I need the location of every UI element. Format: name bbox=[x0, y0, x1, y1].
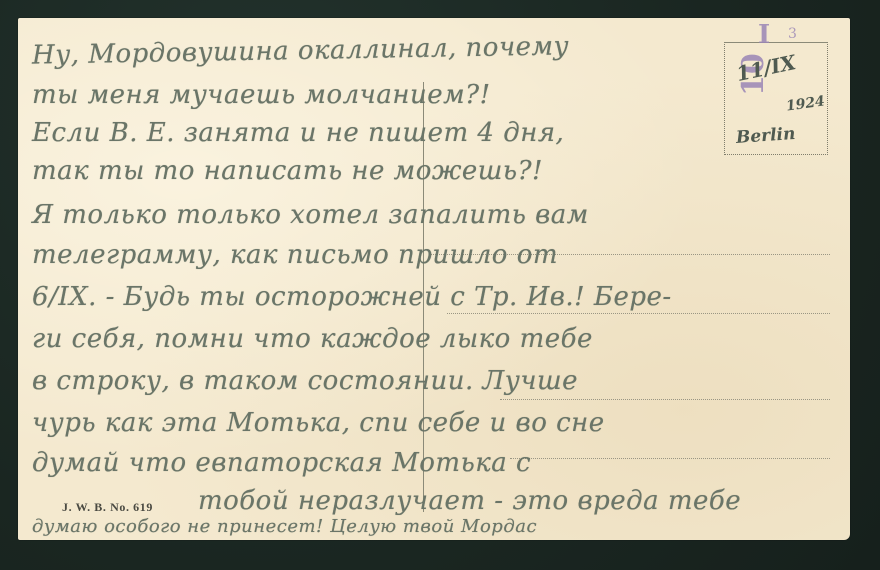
purple-stamp-mark-small: 3 bbox=[788, 26, 797, 42]
message-line: в строку, в таком состоянии. Лучше bbox=[32, 366, 578, 396]
message-line: телеграмму, как письмо пришло от bbox=[32, 240, 558, 270]
message-line: ты меня мучаешь молчанием?! bbox=[32, 80, 491, 110]
address-line-2 bbox=[447, 313, 830, 314]
message-line: Ну, Мордовушина окаллинал, почему bbox=[32, 31, 570, 70]
postcard-back: I 3 10 11/IX 1924 Berlin Ну, Мордовушина… bbox=[18, 18, 850, 540]
message-line: 6/IX. - Будь ты осторожней с Тр. Ив.! Бе… bbox=[32, 282, 672, 312]
message-line: ги себя, помни что каждое лыко тебе bbox=[32, 324, 593, 354]
message-line: Я только только хотел запалить вам bbox=[32, 200, 589, 230]
message-line: думай что евпаторская Мотька с bbox=[32, 448, 531, 478]
message-line: тобой неразлучает - это вреда тебе bbox=[198, 486, 741, 516]
message-line: Если В. Е. занята и не пишет 4 дня, bbox=[32, 118, 564, 148]
publisher-imprint: J. W. B. No. 619 bbox=[62, 500, 153, 515]
address-line-4 bbox=[510, 458, 830, 459]
message-line: так ты то написать не можешь?! bbox=[32, 156, 543, 186]
address-line-3 bbox=[500, 399, 830, 400]
message-line: думаю особого не принесет! Целую твой Мо… bbox=[32, 516, 537, 537]
purple-stamp-mark: I bbox=[758, 20, 770, 50]
message-line: чурь как эта Мотька, спи себе и во сне bbox=[32, 408, 605, 438]
stamp-city: Berlin bbox=[735, 124, 796, 148]
